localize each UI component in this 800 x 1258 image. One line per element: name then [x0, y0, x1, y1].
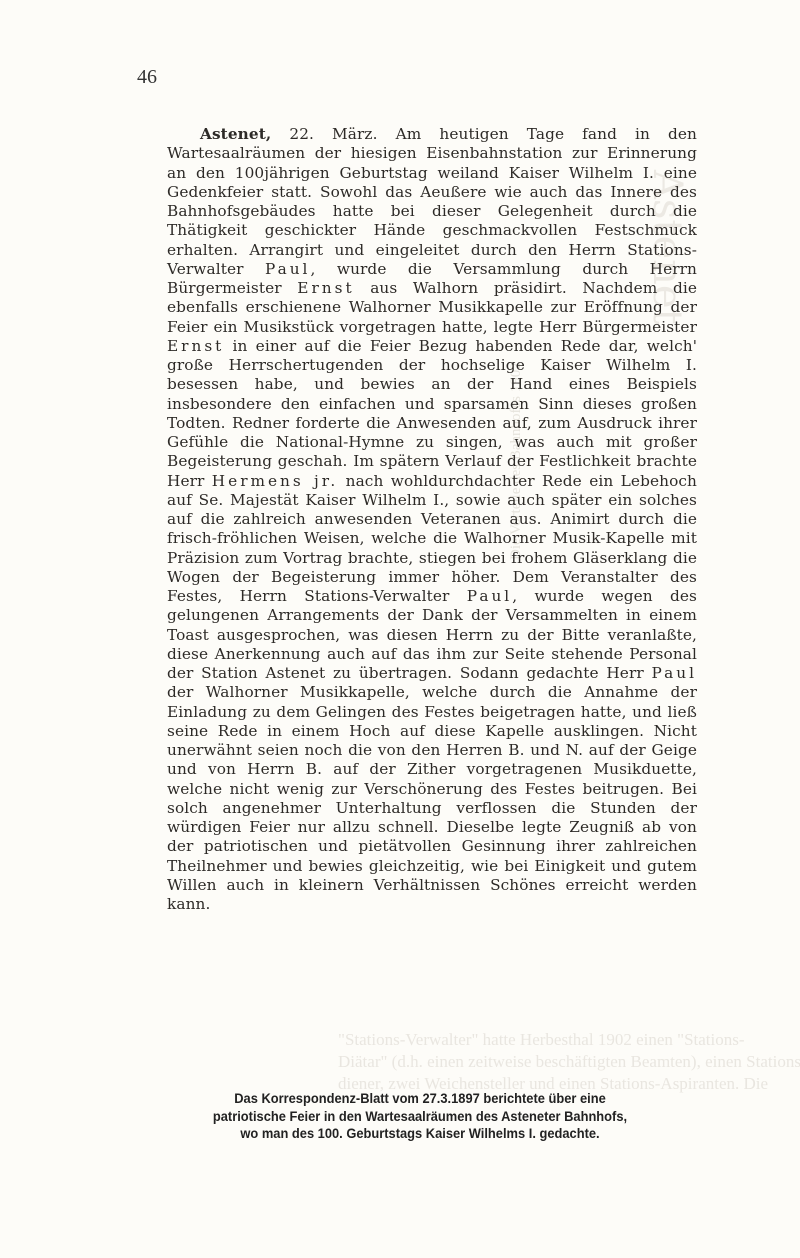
person-name: Paul	[652, 664, 697, 682]
article-dateline: Astenet,	[200, 125, 271, 143]
article-text: nach wohldurchdachter Rede ein Lebehoch …	[167, 472, 697, 606]
article-text: Am heutigen Tage fand in den Wartesaalrä…	[167, 125, 697, 278]
article-text: in einer auf die Feier Bezug habenden Re…	[167, 337, 697, 490]
image-caption: Das Korrespondenz-Blatt vom 27.3.1897 be…	[181, 1090, 659, 1143]
article-date: 22. März.	[289, 125, 377, 143]
page-number: 46	[137, 66, 157, 89]
caption-line: patriotische Feier in den Wartesaalräume…	[181, 1108, 659, 1126]
person-name: Ernst	[167, 337, 224, 355]
person-name: Ernst	[297, 279, 354, 297]
caption-line: Das Korrespondenz-Blatt vom 27.3.1897 be…	[181, 1090, 659, 1108]
person-name: Paul	[265, 260, 310, 278]
bleed-through-line: "Stations-Verwalter" hatte Herbesthal 19…	[338, 1030, 745, 1050]
bleed-through-line: Diätar" (d.h. einen zeitweise beschäftig…	[338, 1052, 800, 1072]
person-name: Hermens jr.	[212, 472, 338, 490]
newspaper-article: Astenet, 22. März. Am heutigen Tage fand…	[167, 125, 697, 914]
person-name: Paul	[467, 587, 512, 605]
caption-line: wo man des 100. Geburtstags Kaiser Wilhe…	[181, 1125, 659, 1143]
article-text: der Walhorner Musikkapelle, welche durch…	[167, 683, 697, 913]
